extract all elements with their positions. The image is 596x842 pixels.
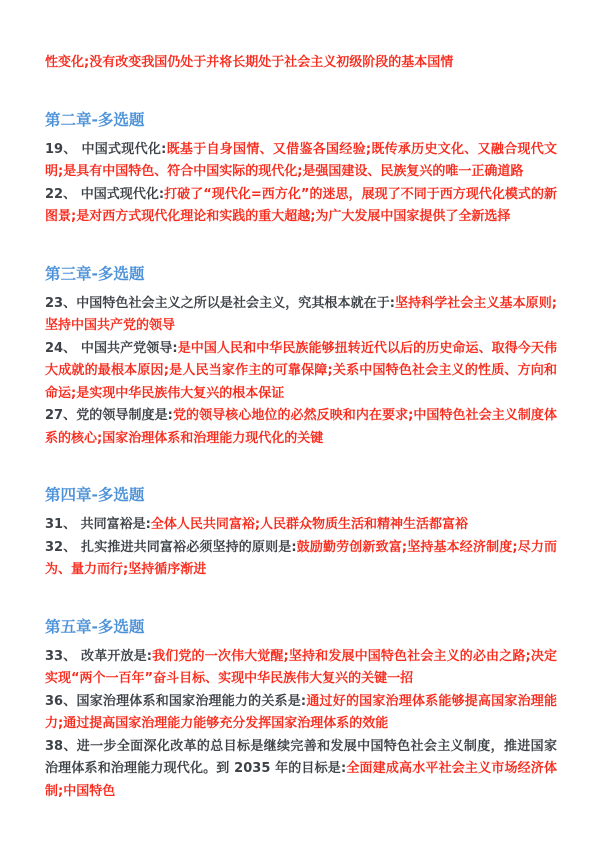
question-text: 19、 中国式现代化:: [45, 142, 166, 157]
question-text: 33、 改革开放是:: [45, 649, 152, 664]
question-text: 31、 共同富裕是:: [45, 517, 151, 532]
question-text: 23、中国特色社会主义之所以是社会主义，究其根本就在于:: [45, 296, 395, 311]
question-text: 36、国家治理体系和国家治理能力的关系是:: [45, 694, 306, 709]
qa-item-22: 22、 中国式现代化:打破了“现代化=西方化”的迷思，展现了不同于西方现代化模式…: [45, 184, 557, 229]
chapter-2-heading: 第二章-多选题: [45, 109, 557, 132]
answer-text: 全体人民共同富裕;人民群众物质生活和精神生活都富裕: [151, 517, 468, 532]
chapter-3-heading: 第三章-多选题: [45, 263, 557, 286]
chapter-4-heading: 第四章-多选题: [45, 484, 557, 507]
qa-item-27: 27、党的领导制度是:党的领导核心地位的必然反映和内在要求;中国特色社会主义制度…: [45, 405, 557, 450]
qa-item-31: 31、 共同富裕是:全体人民共同富裕;人民群众物质生活和精神生活都富裕: [45, 514, 557, 537]
qa-item-19: 19、 中国式现代化:既基于自身国情、又借鉴各国经验;既传承历史文化、又融合现代…: [45, 139, 557, 184]
qa-item-24: 24、 中国共产党领导:是中国人民和中华民族能够扭转近代以后的历史命运、取得今天…: [45, 338, 557, 406]
question-text: 22、 中国式现代化:: [45, 187, 164, 202]
question-text: 24、 中国共产党领导:: [45, 341, 178, 356]
chapter-5-heading: 第五章-多选题: [45, 616, 557, 639]
qa-item-36: 36、国家治理体系和国家治理能力的关系是:通过好的国家治理体系能够提高国家治理能…: [45, 691, 557, 736]
qa-item-38: 38、进一步全面深化改革的总目标是继续完善和发展中国特色社会主义制度，推进国家治…: [45, 736, 557, 804]
question-text: 32、 扎实推进共同富裕必须坚持的原则是:: [45, 540, 297, 555]
continuation-line: 性变化;没有改变我国仍处于并将长期处于社会主义初级阶段的基本国情: [45, 52, 557, 75]
qa-item-23: 23、中国特色社会主义之所以是社会主义，究其根本就在于:坚持科学社会主义基本原则…: [45, 293, 557, 338]
qa-item-32: 32、 扎实推进共同富裕必须坚持的原则是:鼓励勤劳创新致富;坚持基本经济制度;尽…: [45, 537, 557, 582]
qa-item-33: 33、 改革开放是:我们党的一次伟大觉醒;坚持和发展中国特色社会主义的必由之路;…: [45, 646, 557, 691]
question-text: 27、党的领导制度是:: [45, 408, 173, 423]
document-page: 性变化;没有改变我国仍处于并将长期处于社会主义初级阶段的基本国情 第二章-多选题…: [0, 0, 596, 842]
